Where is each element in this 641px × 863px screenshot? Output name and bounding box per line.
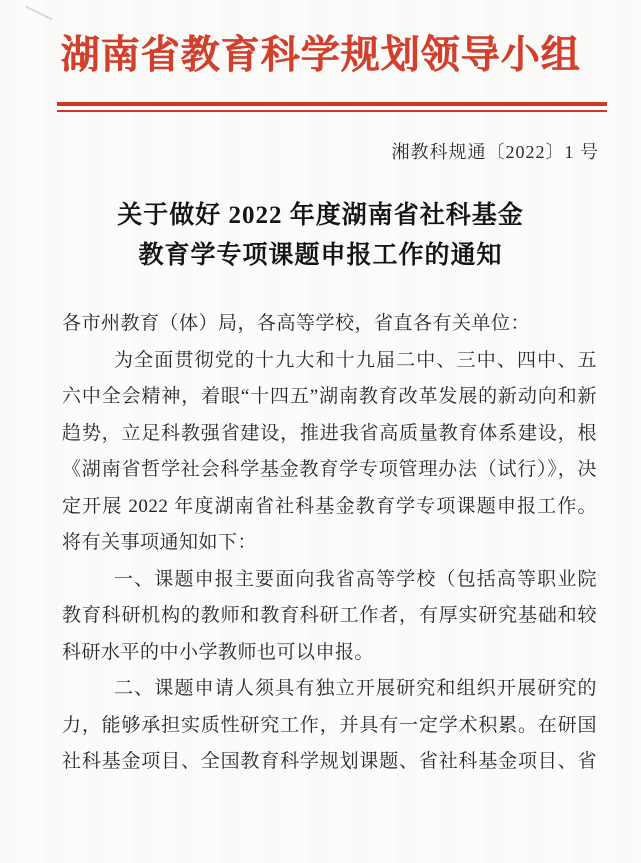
body-line: 定开展 2022 年度湖南省社科基金教育学专项课题申报工作。现 <box>62 489 597 526</box>
body-line: 趋势，立足科教强省建设，推进我省高质量教育体系建设，根据 <box>62 416 597 453</box>
letterhead-org-name: 湖南省教育科学规划领导小组 <box>0 24 641 80</box>
red-divider-bottom-rule <box>57 110 607 112</box>
body-line: 社科基金项目、全国教育科学规划课题、省社科基金项目、省教 <box>62 744 597 781</box>
scanned-document-page: 湖南省教育科学规划领导小组 湘教科规通〔2022〕1 号 关于做好 2022 年… <box>0 0 641 863</box>
body-line: 力，能够承担实质性研究工作，并具有一定学术积累。在研国家 <box>62 708 597 745</box>
scan-artifact-mark <box>25 6 53 21</box>
salutation-line: 各市州教育（体）局，各高等学校，省直各有关单位： <box>62 306 597 343</box>
body-line: 教育科研机构的教师和教育科研工作者，有厚实研究基础和较高 <box>62 598 597 635</box>
body-line: 二、课题申请人须具有独立开展研究和组织开展研究的能 <box>62 671 597 708</box>
notice-title-line1: 关于做好 2022 年度湖南省社科基金 <box>117 202 524 229</box>
body-line: 为全面贯彻党的十九大和十九届二中、三中、四中、五中、 <box>62 343 597 380</box>
body-line: 六中全会精神，着眼“十四五”湖南教育改革发展的新动向和新 <box>62 379 597 416</box>
notice-body: 各市州教育（体）局，各高等学校，省直各有关单位： 为全面贯彻党的十九大和十九届二… <box>62 306 597 781</box>
body-line: 科研水平的中小学教师也可以申报。 <box>62 635 597 672</box>
notice-title-line2: 教育学专项课题申报工作的通知 <box>138 242 502 269</box>
body-line: 《湖南省哲学社会科学基金教育学专项管理办法（试行）》，决 <box>62 452 597 489</box>
red-divider-top-rule <box>57 102 607 106</box>
body-line: 一、课题申报主要面向我省高等学校（包括高等职业院校）、 <box>62 562 597 599</box>
document-reference-number: 湘教科规通〔2022〕1 号 <box>392 138 600 164</box>
body-line: 将有关事项通知如下： <box>62 525 597 562</box>
notice-title: 关于做好 2022 年度湖南省社科基金 教育学专项课题申报工作的通知 <box>0 196 641 276</box>
